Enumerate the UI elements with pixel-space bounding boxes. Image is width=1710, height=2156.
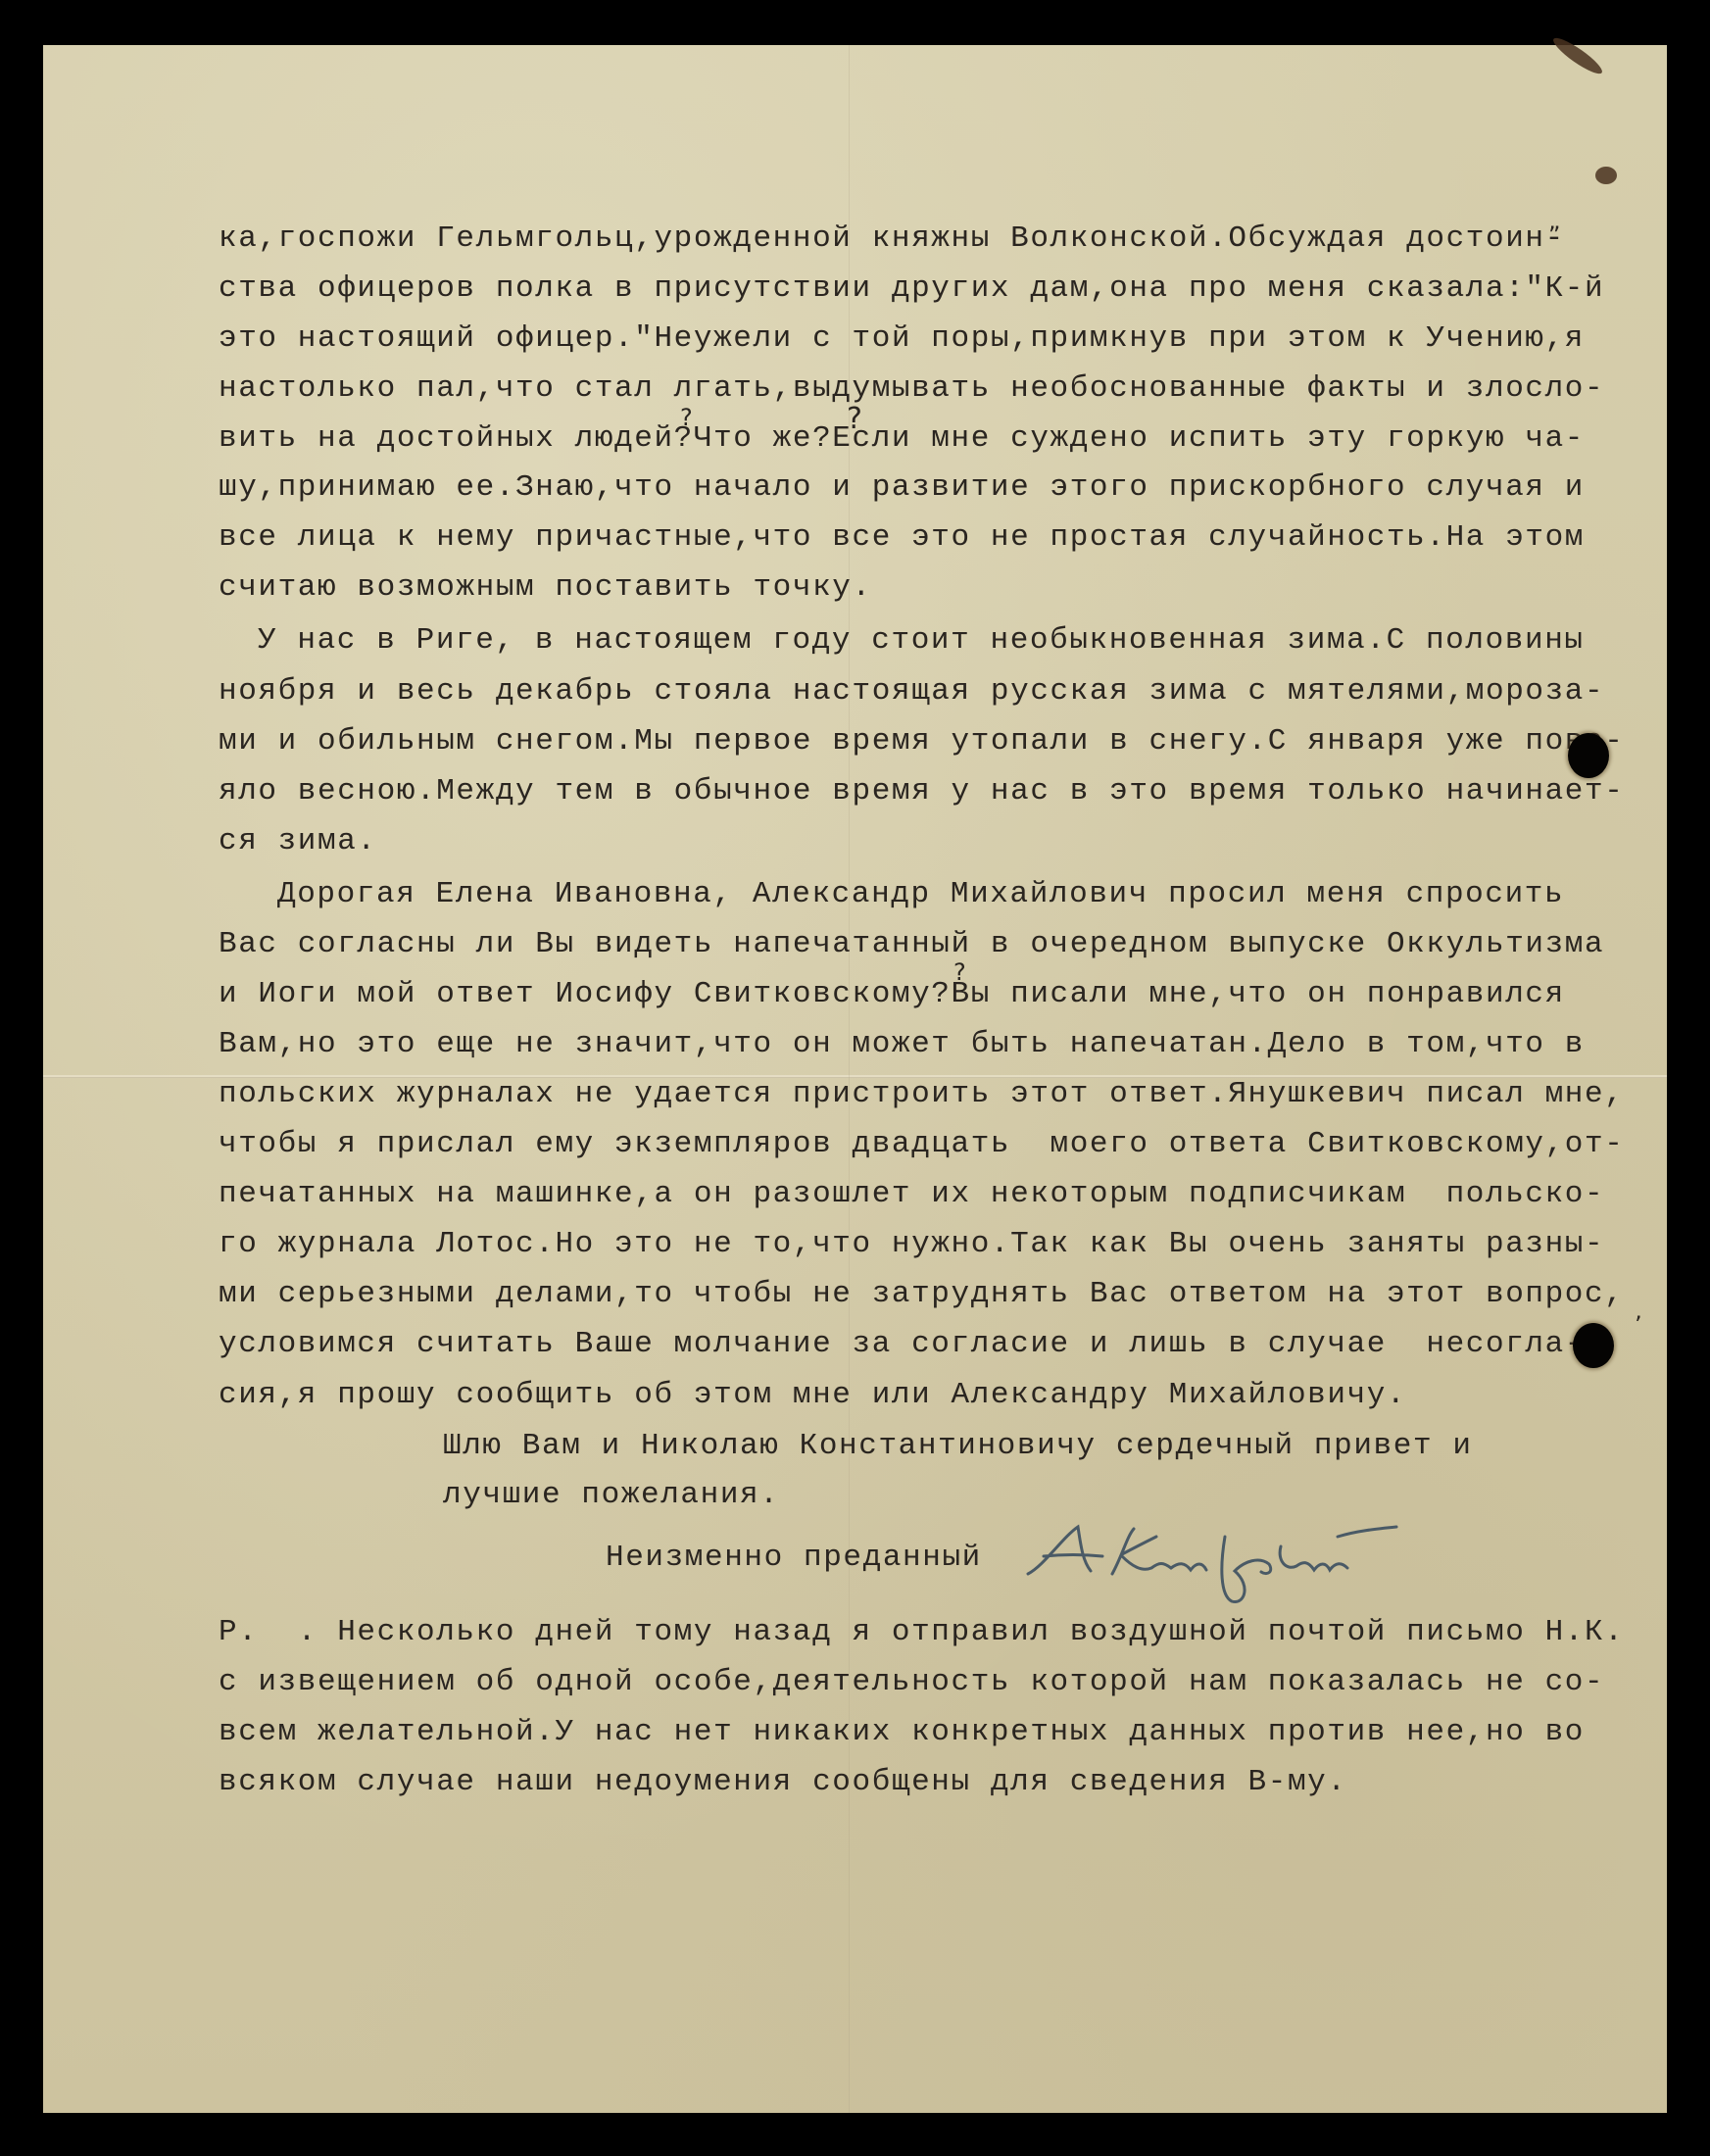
signature	[1024, 1517, 1436, 1615]
punch-hole	[1573, 1323, 1614, 1368]
text-line: Вас согласны ли Вы видеть напечатанный в…	[219, 929, 1604, 959]
text-line: считаю возможным поставить точку.	[219, 572, 872, 603]
text-line: условимся считать Ваше молчание за согла…	[219, 1329, 1585, 1359]
text-line: печатанных на машинке,а он разошлет их н…	[219, 1179, 1604, 1209]
text-line: ми серьезными делами,то чтобы не затрудн…	[219, 1279, 1624, 1309]
text-line: Р. . Несколько дней тому назад я отправи…	[219, 1617, 1624, 1647]
handwritten-comma-mark: ʼ	[1635, 1311, 1642, 1339]
text-line: польских журналах не удается пристроить …	[219, 1079, 1624, 1109]
text-line: У нас в Риге, в настоящем году стоит нео…	[258, 625, 1585, 656]
handwritten-comma-mark: ʼ	[282, 1394, 290, 1421]
punch-hole	[1568, 733, 1609, 778]
text-line: настолько пал,что стал лгать,выдумывать …	[219, 373, 1604, 404]
text-line: всем желательной.У нас нет никаких конкр…	[219, 1717, 1585, 1747]
text-line: и Иоги мой ответ Иосифу Свитковскому?Вы …	[219, 979, 1565, 1009]
handwritten-question-mark: ?	[680, 404, 693, 431]
text-line: ства офицеров полка в присутствии других…	[219, 273, 1604, 304]
text-line: ноября и весь декабрь стояла настоящая р…	[219, 676, 1604, 707]
text-line: Дорогая Елена Ивановна, Александр Михайл…	[277, 879, 1564, 909]
text-line: го журнала Лотос.Но это не то,что нужно.…	[219, 1229, 1604, 1259]
text-line: ся зима.	[219, 826, 377, 857]
text-line: это настоящий офицер."Неужели с той поры…	[219, 323, 1585, 354]
text-line: яло весною.Между тем в обычное время у н…	[219, 776, 1624, 807]
text-line: с извещением об одной особе,деятельность…	[219, 1667, 1604, 1697]
text-line: сия,я прошу сообщить об этом мне или Але…	[219, 1380, 1406, 1410]
text-line: Вам,но это еще не значит,что он может бы…	[219, 1029, 1585, 1059]
text-line: ми и обильным снегом.Мы первое время уто…	[219, 726, 1624, 757]
ink-stain	[1595, 167, 1617, 184]
text-line: шу,принимаю ее.Знаю,что начало и развити…	[219, 472, 1585, 503]
text-line: лучшие пожелания.	[443, 1480, 779, 1510]
handwritten-question-mark: ?	[953, 958, 966, 986]
text-line: вить на достойных людей?Что же?Если мне …	[219, 423, 1585, 454]
text-line: всяком случае наши недоумения сообщены д…	[219, 1767, 1347, 1797]
handwritten-question-mark: ?	[847, 402, 862, 436]
text-line: Неизменно преданный	[606, 1543, 982, 1573]
handwritten-quote-mark: ”	[1548, 221, 1560, 249]
text-line: ка,госпожи Гельмгольц,урожденной княжны …	[219, 223, 1565, 254]
text-line: чтобы я прислал ему экземпляров двадцать…	[219, 1129, 1624, 1159]
text-line: Шлю Вам и Николаю Константиновичу сердеч…	[443, 1431, 1473, 1461]
text-line: все лица к нему причастные,что все это н…	[219, 522, 1585, 553]
